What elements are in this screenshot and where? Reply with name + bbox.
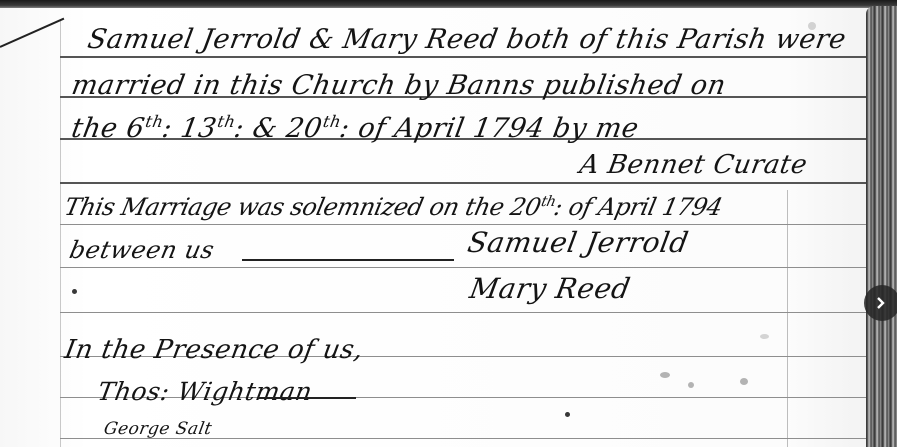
ruled-line xyxy=(60,267,866,268)
ink-smudge xyxy=(808,22,816,30)
chevron-right-icon xyxy=(875,297,887,309)
ink-smudge xyxy=(688,382,694,388)
ruled-line xyxy=(60,312,866,313)
signature-flourish xyxy=(258,397,356,399)
bride-signature: Mary Reed xyxy=(467,272,633,305)
ink-spot xyxy=(72,289,77,294)
ink-smudge xyxy=(760,334,769,339)
entry-line-3: the 6th: 13th: & 20th: of April 1794 by … xyxy=(69,112,641,144)
groom-signature: Samuel Jerrold xyxy=(465,226,691,259)
statement-text: : of April 1794 xyxy=(551,193,724,221)
date-text: : 13 xyxy=(160,113,220,144)
ink-spot xyxy=(565,412,570,417)
solemnized-statement: This Marriage was solemnized on the 20th… xyxy=(62,193,725,221)
image-viewer: Samuel Jerrold & Mary Reed both of this … xyxy=(0,0,897,447)
between-us-label: between us xyxy=(67,236,217,264)
witness-2-signature: George Salt xyxy=(102,419,213,439)
ruled-line xyxy=(60,56,866,58)
ink-smudge xyxy=(740,378,748,385)
date-text: the 6 xyxy=(69,113,147,144)
officiant-signature: A Bennet Curate xyxy=(577,150,809,180)
book-spine-edge xyxy=(866,6,897,447)
statement-text: This Marriage was solemnized on the 20 xyxy=(62,193,543,221)
signature-dash xyxy=(242,259,454,261)
ruled-line xyxy=(60,224,866,225)
witness-1-signature: Thos: Wightman xyxy=(95,377,314,406)
presence-label: In the Presence of us, xyxy=(62,335,365,365)
entry-line-1: Samuel Jerrold & Mary Reed both of this … xyxy=(85,24,848,55)
next-image-button[interactable] xyxy=(864,285,897,321)
ink-smudge xyxy=(660,372,670,378)
date-text: : of April 1794 by me xyxy=(337,113,641,144)
entry-line-2: married in this Church by Banns publishe… xyxy=(69,70,728,101)
date-text: : & 20 xyxy=(232,113,325,144)
margin-rule xyxy=(60,20,61,447)
column-rule xyxy=(787,190,788,447)
ruled-line xyxy=(60,182,866,184)
